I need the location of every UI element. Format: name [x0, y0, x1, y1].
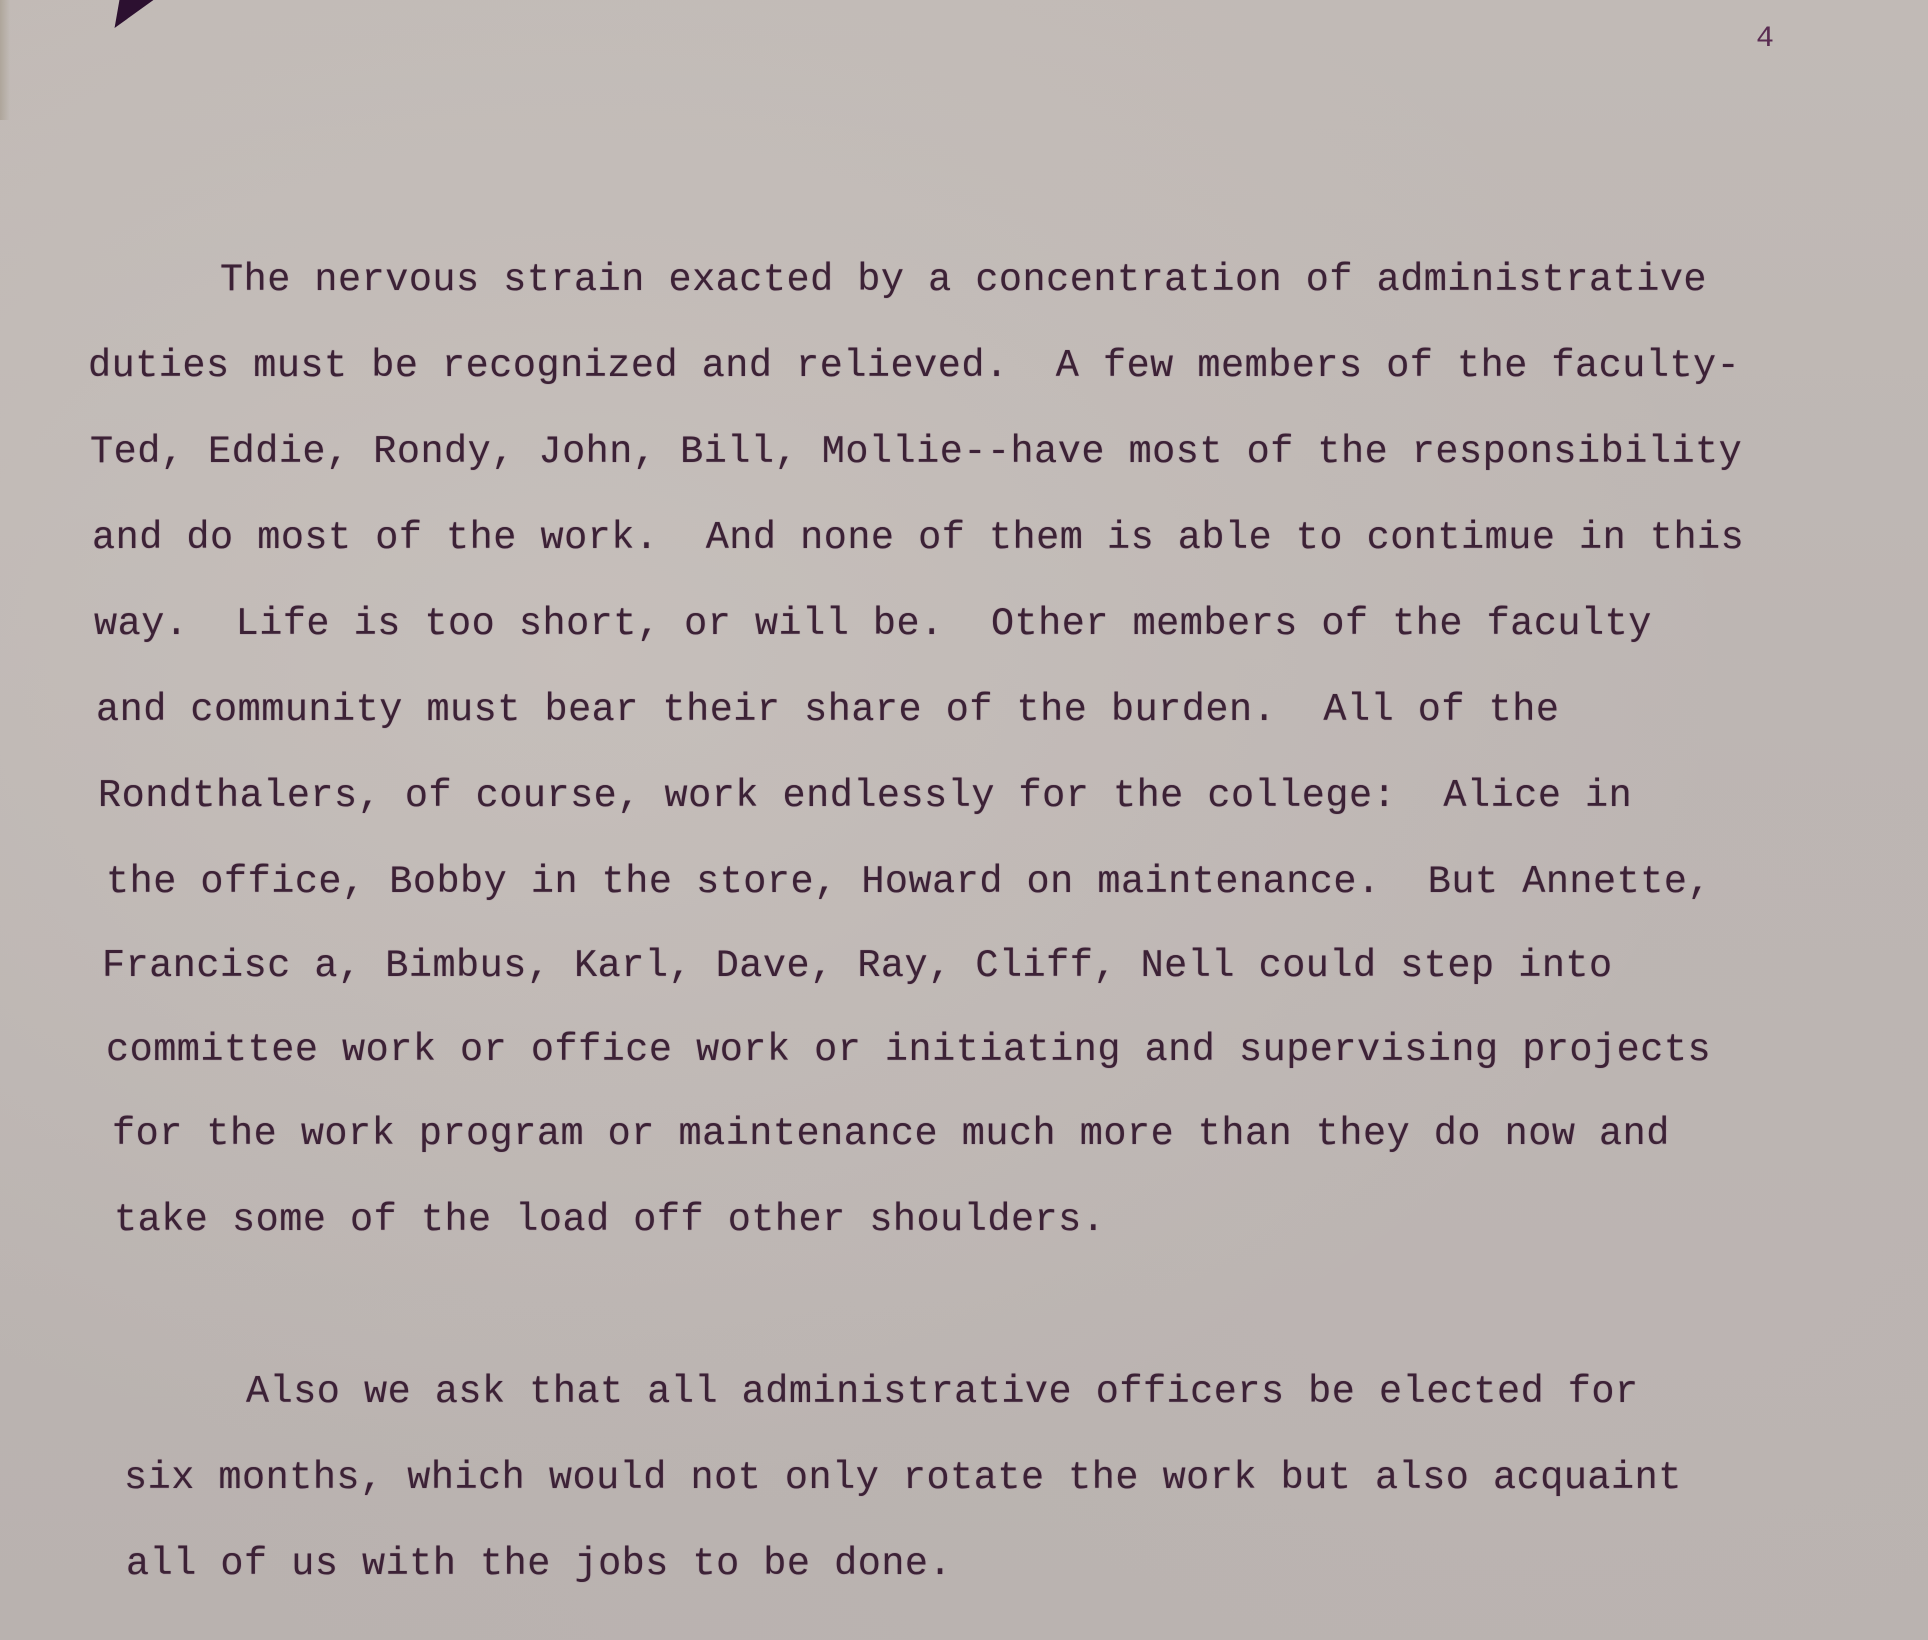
corner-mark — [105, 0, 154, 28]
paragraph-1-line-2: duties must be recognized and relieved. … — [88, 344, 1740, 388]
paragraph-2-line-1: Also we ask that all administrative offi… — [246, 1370, 1639, 1414]
paragraph-1-line-4: and do most of the work. And none of the… — [92, 516, 1744, 560]
paragraph-2-line-3: all of us with the jobs to be done. — [126, 1542, 952, 1586]
paragraph-1-line-8: the office, Bobby in the store, Howard o… — [106, 860, 1711, 904]
paragraph-1-line-12: take some of the load off other shoulder… — [114, 1198, 1105, 1242]
paragraph-1-line-9: Francisc a, Bimbus, Karl, Dave, Ray, Cli… — [102, 944, 1613, 988]
paragraph-1-line-6: and community must bear their share of t… — [96, 688, 1559, 732]
paragraph-1-line-10: committee work or office work or initiat… — [106, 1028, 1711, 1072]
paragraph-1-line-3: Ted, Eddie, Rondy, John, Bill, Mollie--h… — [90, 430, 1742, 474]
page-edge-shadow — [0, 0, 10, 120]
paragraph-1-line-1: The nervous strain exacted by a concentr… — [220, 258, 1707, 302]
paragraph-2-line-2: six months, which would not only rotate … — [124, 1456, 1682, 1500]
paragraph-1-line-11: for the work program or maintenance much… — [112, 1112, 1670, 1156]
page-number: 4 — [1756, 22, 1774, 56]
paragraph-1-line-5: way. Life is too short, or will be. Othe… — [94, 602, 1652, 646]
paragraph-1-line-7: Rondthalers, of course, work endlessly f… — [98, 774, 1632, 818]
